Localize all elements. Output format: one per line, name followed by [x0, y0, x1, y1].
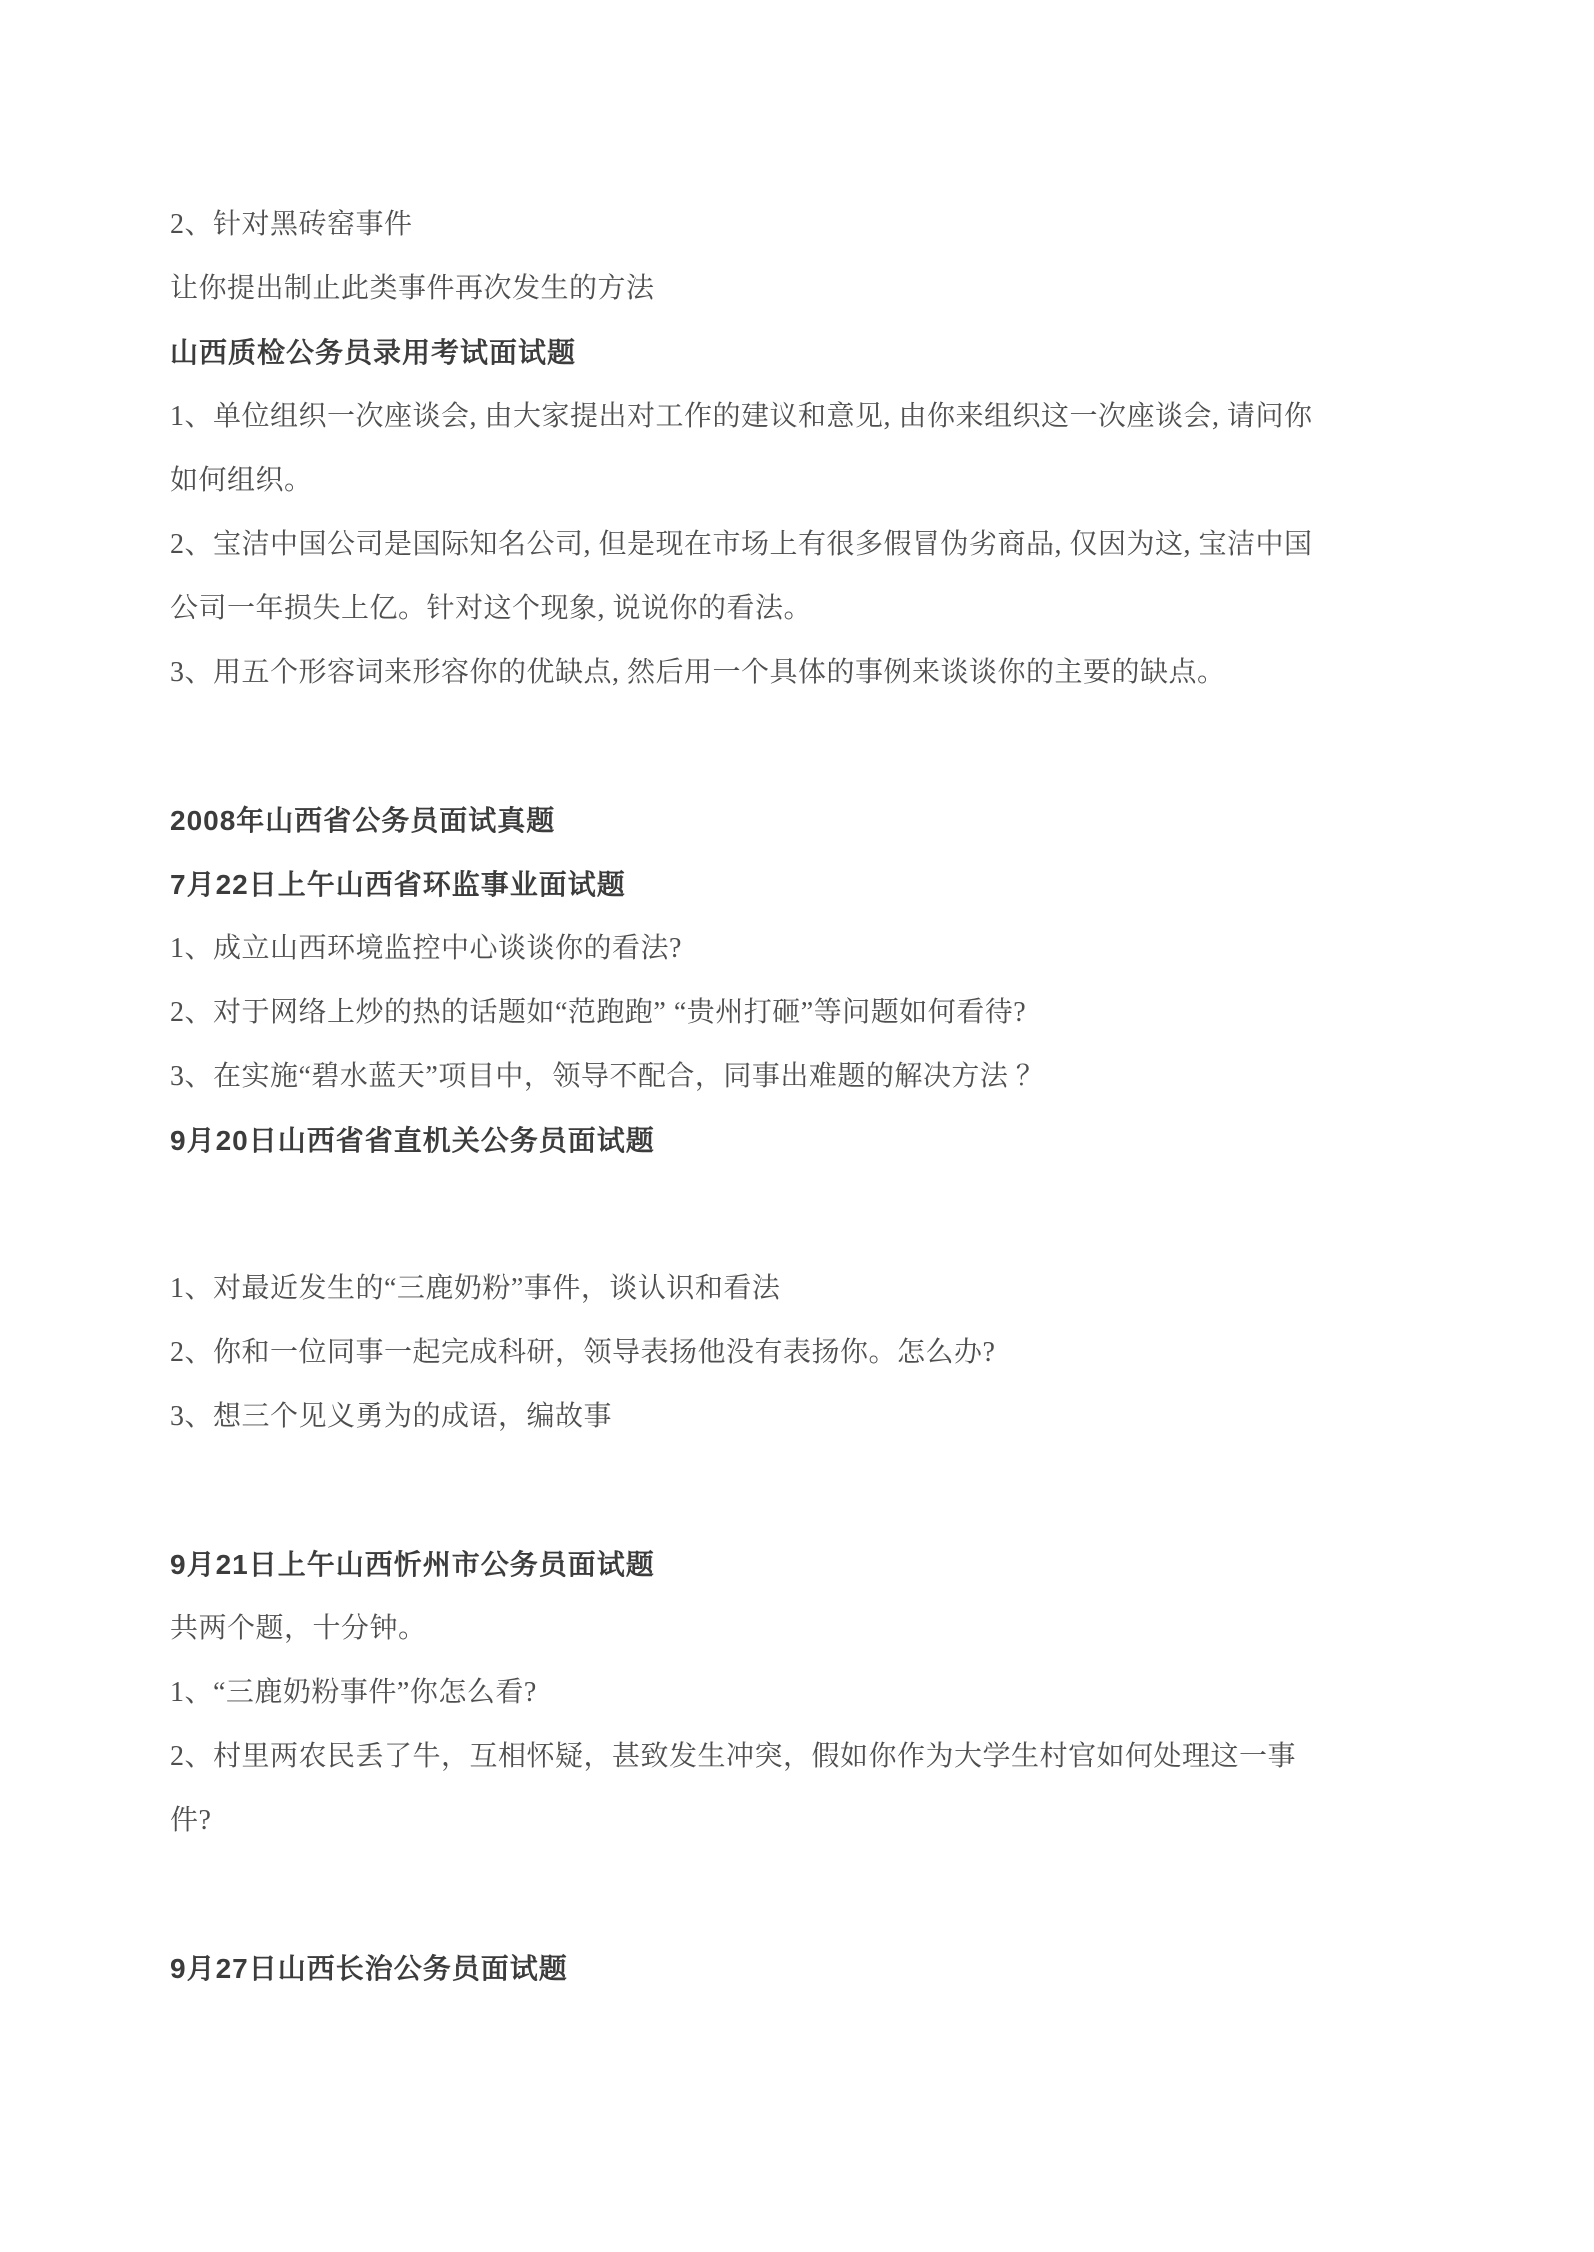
body-text-line: 1、对最近发生的“三鹿奶粉”事件，谈认识和看法 [170, 1275, 1474, 1303]
body-text-line: 3、用五个形容词来形容你的优缺点, 然后用一个具体的事例来谈谈你的主要的缺点。 [170, 659, 1474, 687]
body-text-line: 2、针对黑砖窑事件 [170, 211, 1474, 239]
body-text-line: 如何组织。 [170, 467, 1474, 495]
document-page: 2、针对黑砖窑事件让你提出制止此类事件再次发生的方法山西质检公务员录用考试面试题… [0, 0, 1594, 2252]
body-text-line: 3、在实施“碧水蓝天”项目中，领导不配合，同事出难题的解决方法 ？ [170, 1063, 1474, 1091]
blank-line [170, 1467, 1474, 1515]
document-body: 2、针对黑砖窑事件让你提出制止此类事件再次发生的方法山西质检公务员录用考试面试题… [170, 211, 1474, 1983]
body-text-line: 2、对于网络上炒的热的话题如“范跑跑” “贵州打砸”等问题如何看待? [170, 999, 1474, 1027]
heading-line: 7月22日上午山西省环监事业面试题 [170, 871, 1474, 899]
body-text-line: 共两个题，十分钟。 [170, 1615, 1474, 1643]
body-text-line: 1、成立山西环境监控中心谈谈你的看法? [170, 935, 1474, 963]
body-text-line: 3、想三个见义勇为的成语，编故事 [170, 1403, 1474, 1431]
body-text-line: 2、村里两农民丢了牛，互相怀疑，甚致发生冲突，假如你作为大学生村官如何处理这一事 [170, 1743, 1474, 1771]
heading-line: 9月21日上午山西忻州市公务员面试题 [170, 1551, 1474, 1579]
body-text-line: 2、你和一位同事一起完成科研，领导表扬他没有表扬你。怎么办? [170, 1339, 1474, 1367]
heading-line: 山西质检公务员录用考试面试题 [170, 339, 1474, 367]
body-text-line: 1、“三鹿奶粉事件”你怎么看? [170, 1679, 1474, 1707]
body-text-line: 公司一年损失上亿。针对这个现象, 说说你的看法。 [170, 595, 1474, 623]
body-text-line: 1、单位组织一次座谈会, 由大家提出对工作的建议和意见, 由你来组织这一次座谈会… [170, 403, 1474, 431]
blank-line [170, 1871, 1474, 1919]
body-text-line: 2、宝洁中国公司是国际知名公司, 但是现在市场上有很多假冒伪劣商品, 仅因为这,… [170, 531, 1474, 559]
heading-line: 9月27日山西长治公务员面试题 [170, 1955, 1474, 1983]
body-text-line: 让你提出制止此类事件再次发生的方法 [170, 275, 1474, 303]
heading-line: 9月20日山西省省直机关公务员面试题 [170, 1127, 1474, 1155]
blank-line [170, 723, 1474, 771]
heading-line: 2008年山西省公务员面试真题 [170, 807, 1474, 835]
body-text-line: 件? [170, 1807, 1474, 1835]
blank-line [170, 1191, 1474, 1239]
